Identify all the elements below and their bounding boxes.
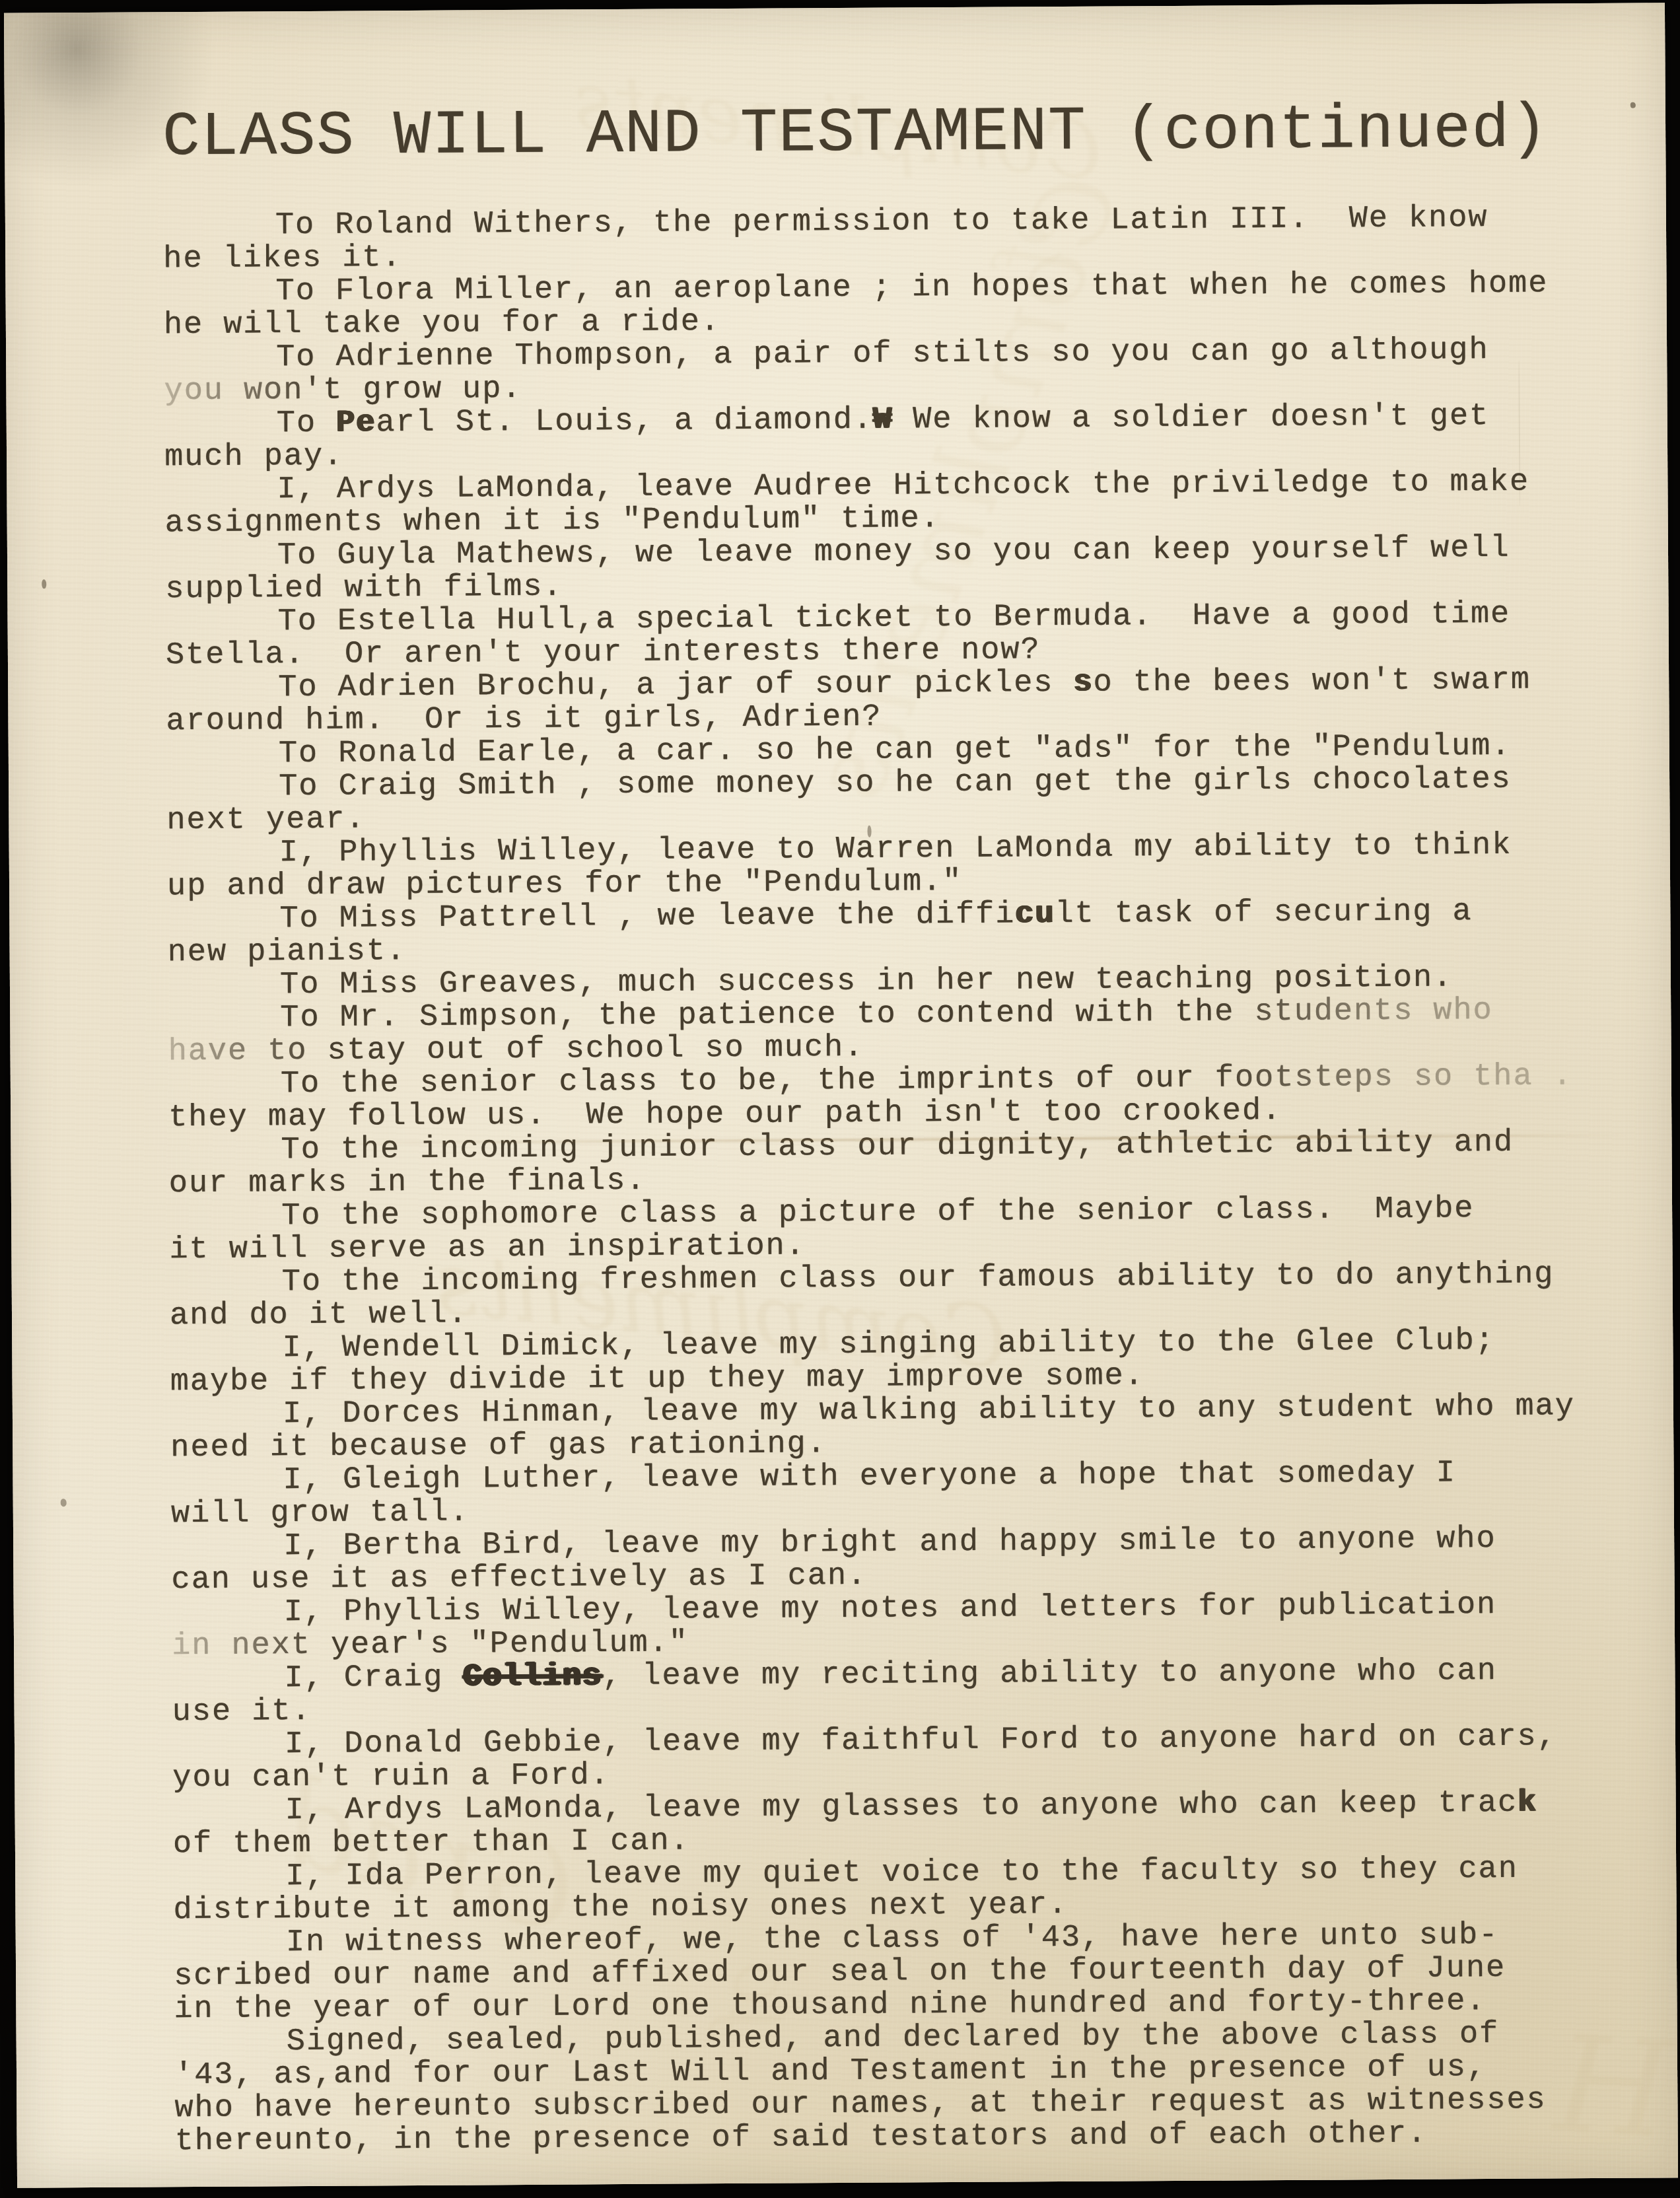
typed-text: in next year's "Pendulum." [172,1625,689,1664]
typed-text: our marks in the finals. [169,1164,647,1201]
typed-text: he likes it. [163,240,402,277]
paper-sheet: ComplimentsofComplimentsComplimentsGrado… [4,3,1678,2187]
overstruck-text: ₩ [873,403,893,438]
typed-text: To [277,406,337,442]
scanned-document-page: { "colors": { "paper": "#eae0c8", "ink":… [0,0,1680,2198]
typed-text: I, Gleigh Luther, leave with everyone a … [283,1456,1455,1498]
overstruck-text: Collins [463,1659,602,1695]
overstruck-text: Pe [336,406,376,441]
typed-text: and do it well. [170,1296,468,1333]
typed-text: use it. [172,1694,312,1730]
document-title: CLASS WILL AND TESTAMENT (continued) [162,113,1567,155]
typed-text: will grow tall. [171,1495,470,1532]
typed-text: thereunto, in the presence of said testa… [174,2117,1427,2160]
document-lines: To Roland Withers, the permission to tak… [163,201,1580,2158]
typed-text: I, Wendell Dimick, leave my singing abil… [282,1324,1495,1366]
typed-text: of them better than I can. [173,1824,690,1862]
typed-text: To Roland Withers, the permission to tak… [275,201,1488,243]
ink-speck [61,1499,67,1507]
typed-text: lt task of securing a [1055,894,1473,932]
typed-text: next year. [166,802,365,838]
typed-text: new pianist. [168,934,407,970]
artifact-layer [4,3,1665,13]
typed-text: you can't ruin a Ford. [172,1758,610,1796]
typed-text: To the sophomore class a picture of the … [281,1191,1475,1234]
overstruck-text: cu [1015,897,1055,932]
typed-text: , leave my reciting ability to anyone wh… [602,1654,1497,1694]
overstruck-text: s [1073,666,1093,701]
ghost-layer: ComplimentsofComplimentsComplimentsGrado… [4,3,1665,13]
typed-text: he will take you for a ride. [164,304,720,343]
ink-speck [1630,102,1636,108]
overstruck-text: k [1518,1786,1537,1821]
typed-text: I, Bertha Bird, leave my bright and happ… [283,1522,1496,1564]
typed-text: arl St. Louis, a diamond. [376,403,873,441]
typed-text: To Miss Pattrell , we leave the diffi [279,897,1015,937]
typed-text: We know a soldier doesn't get [893,399,1489,438]
typed-text: supplied with films. [165,570,563,608]
typed-text: To Adrien Brochu, a jar of sour pickles [278,666,1073,705]
typed-text: I, Craig [284,1660,463,1697]
typed-text: o the bees won't swarm [1093,663,1531,701]
typed-text: have to stay out of school so much. [168,1030,864,1069]
ink-speck [42,579,46,588]
typed-text: you won't grow up. [164,372,522,409]
typed-text: much pay. [164,439,343,476]
text-line: thereunto, in the presence of said testa… [175,2117,1580,2158]
document-content: CLASS WILL AND TESTAMENT (continued) To … [162,113,1580,2158]
